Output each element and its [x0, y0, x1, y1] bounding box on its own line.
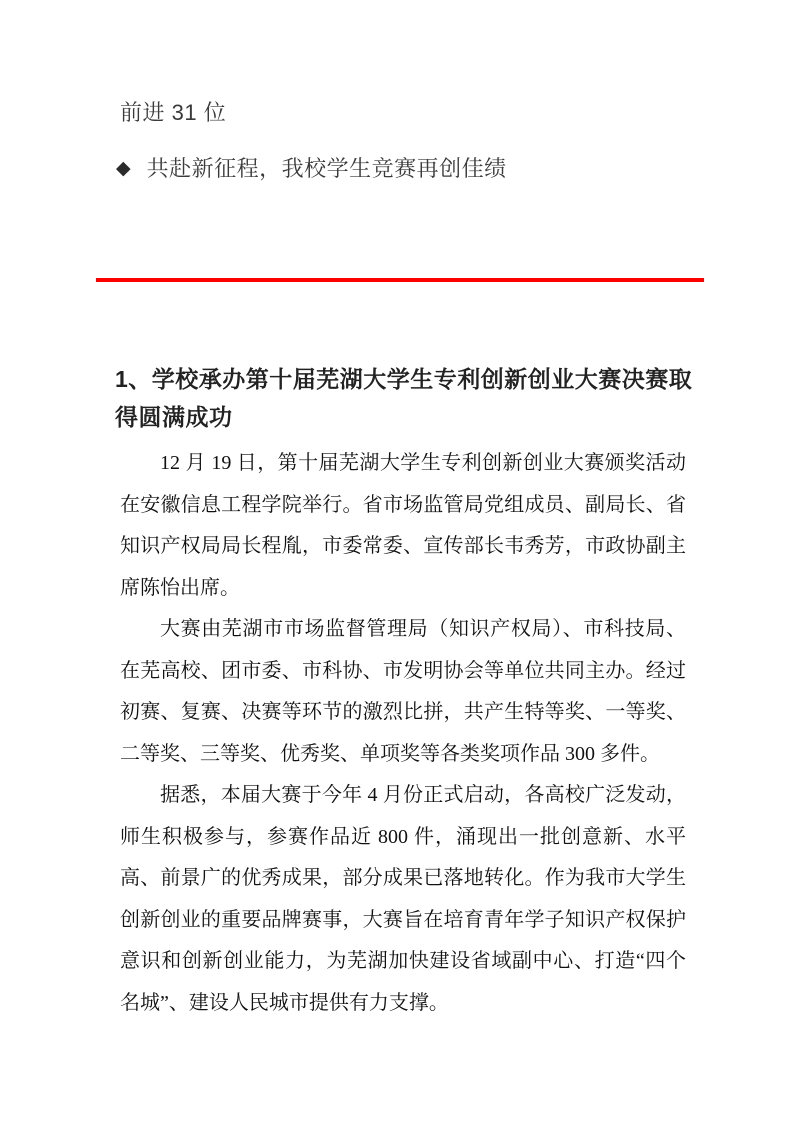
paragraph-2: 大赛由芜湖市市场监督管理局（知识产权局）、市科技局、在芜高校、团市委、市科协、市… [120, 609, 686, 775]
diamond-bullet-icon: ◆ [116, 154, 131, 184]
paragraph-1: 12 月 19 日，第十届芜湖大学生专利创新创业大赛颁奖活动在安徽信息工程学院举… [120, 443, 686, 609]
paragraph-3: 据悉，本届大赛于今年 4 月份正式启动，各高校广泛发动，师生积极参与，参赛作品近… [120, 775, 686, 1024]
bullet-item-text: 共赴新征程，我校学生竞赛再创佳绩 [147, 154, 507, 184]
page-title: 前进 31 位 [120, 98, 226, 128]
document-page: 前进 31 位 ◆ 共赴新征程，我校学生竞赛再创佳绩 1、学校承办第十届芜湖大学… [0, 0, 800, 1131]
section-heading: 1、学校承办第十届芜湖大学生专利创新创业大赛决赛取得圆满成功 [115, 360, 715, 436]
red-divider-line [96, 278, 704, 282]
article-body: 12 月 19 日，第十届芜湖大学生专利创新创业大赛颁奖活动在安徽信息工程学院举… [120, 443, 686, 1024]
bullet-list-item: ◆ 共赴新征程，我校学生竞赛再创佳绩 [116, 154, 507, 184]
